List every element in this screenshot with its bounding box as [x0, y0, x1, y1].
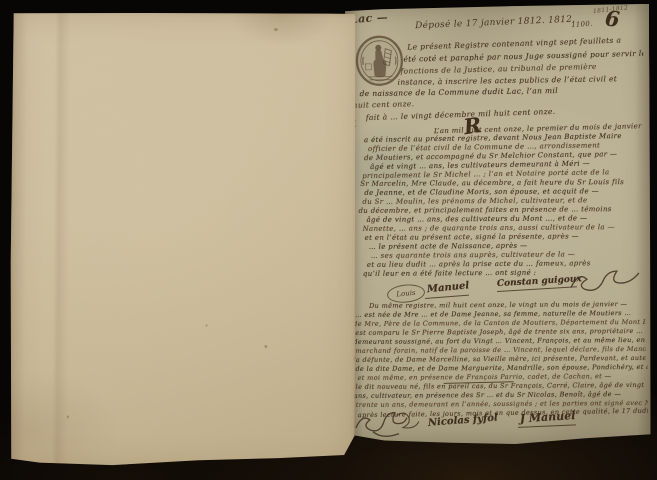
signature-j-manuel: J Manuel	[520, 409, 576, 425]
manuscript-text: Le présent Registre contenant vingt sept…	[345, 4, 649, 6]
folio-flourish: 6	[604, 5, 621, 31]
signature-manuel: Manuel	[427, 280, 470, 295]
deposit-date-line: Déposé le 17 janvier 1812. 1812.	[415, 15, 576, 32]
paper-speck	[67, 415, 69, 418]
paper-speck	[274, 28, 278, 31]
hand-line-depot-6: huit cent onze.	[353, 99, 443, 110]
commune-label: Lac —	[350, 11, 389, 26]
paper-speck	[206, 325, 208, 327]
ink-underline	[425, 295, 469, 299]
paper-speck	[264, 345, 267, 348]
folio-number: 1100.	[571, 20, 593, 30]
flourish-signature-icon	[353, 407, 423, 439]
manuscript-marks: Constan guigouxManuelLouisNicolas fyfolJ…	[345, 4, 649, 6]
left-page-blank	[8, 11, 358, 470]
right-page: Lac — Déposé le 17 janvier 1812. 1812. 1…	[345, 4, 652, 447]
scanned-document: Lac — Déposé le 17 janvier 1812. 1812. 1…	[0, 0, 657, 480]
hand-line-acte-premier-17: qu’il leur en a été faite lecture … ont …	[363, 269, 543, 278]
flourish-signature-icon	[567, 267, 645, 298]
ink-underline	[518, 424, 576, 427]
